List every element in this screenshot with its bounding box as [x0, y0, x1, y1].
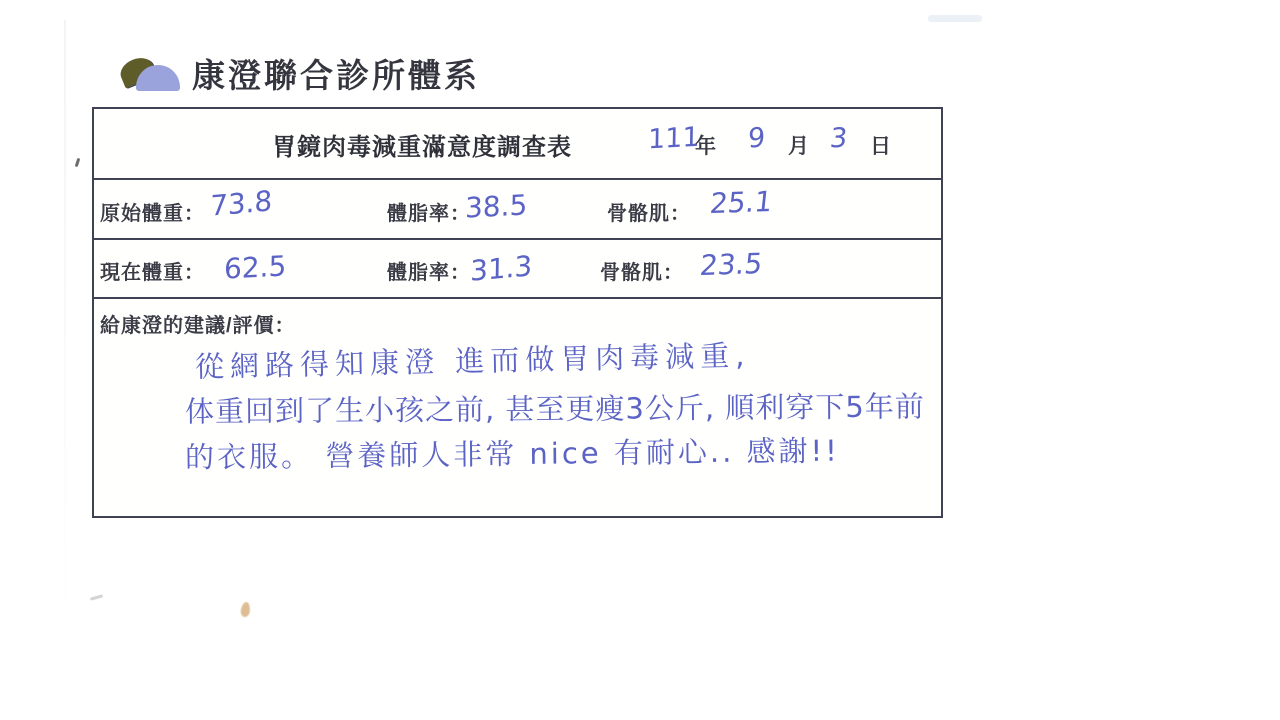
original-measurements-row: 原始體重： 73.8 體脂率： 38.5 骨骼肌： 25.1 [94, 180, 941, 240]
skeletal-muscle-label: 骨骼肌： [600, 256, 684, 285]
skeletal-muscle-label: 骨骼肌： [607, 197, 691, 226]
form-title-row: 胃鏡肉毒減重滿意度調查表 111 年 9 月 3 日 [94, 109, 941, 180]
page-edge-shadow [64, 20, 66, 620]
date-year-unit: 年 [695, 130, 716, 160]
scan-mark-artifact [75, 158, 81, 167]
clinic-name: 康澄聯合診所體系 [192, 50, 480, 97]
clinic-logo: 康澄聯合診所體系 [120, 50, 480, 97]
handwritten-comment-line-2: 体重回到了生小孩之前, 甚至更瘦3公斤, 順利穿下5年前 [185, 384, 925, 430]
scan-streak-artifact [928, 15, 982, 22]
scan-smudge-artifact [240, 601, 251, 617]
scanned-survey-document: 康澄聯合診所體系 胃鏡肉毒減重滿意度調查表 111 年 9 月 3 日 原始體重… [0, 0, 1280, 720]
original-weight-value: 73.8 [210, 184, 273, 223]
handwritten-comment-line-3: 的衣服。 營養師人非常 nice 有耐心.. 感謝!! [185, 429, 840, 477]
body-fat-label: 體脂率： [387, 197, 471, 226]
handwritten-comment-line-1: 從網路得知康澄 進而做胃肉毒減重, [195, 333, 751, 386]
original-weight-label: 原始體重： [100, 197, 205, 226]
comments-row: 給康澄的建議/評價： 從網路得知康澄 進而做胃肉毒減重, 体重回到了生小孩之前,… [94, 299, 941, 516]
comments-label: 給康澄的建議/評價： [100, 309, 296, 338]
skeletal-muscle-value: 23.5 [698, 247, 764, 282]
current-measurements-row: 現在體重： 62.5 體脂率： 31.3 骨骼肌： 23.5 [94, 240, 941, 299]
current-weight-label: 現在體重： [100, 256, 205, 285]
date-day-unit: 日 [870, 130, 891, 160]
date-month-value: 9 [748, 122, 766, 155]
skeletal-muscle-value: 25.1 [708, 185, 774, 220]
clinic-logo-icon [120, 55, 180, 93]
survey-form-table: 胃鏡肉毒減重滿意度調查表 111 年 9 月 3 日 原始體重： 73.8 體脂… [92, 107, 943, 518]
date-day-value: 3 [828, 123, 848, 155]
date-month-unit: 月 [788, 130, 809, 160]
date-year-value: 111 [648, 122, 700, 156]
form-title: 胃鏡肉毒減重滿意度調查表 [272, 127, 572, 162]
scan-squiggle-artifact [90, 594, 103, 600]
body-fat-value: 31.3 [470, 249, 533, 288]
body-fat-label: 體脂率： [387, 256, 471, 285]
current-weight-value: 62.5 [224, 249, 287, 285]
body-fat-value: 38.5 [465, 188, 528, 224]
